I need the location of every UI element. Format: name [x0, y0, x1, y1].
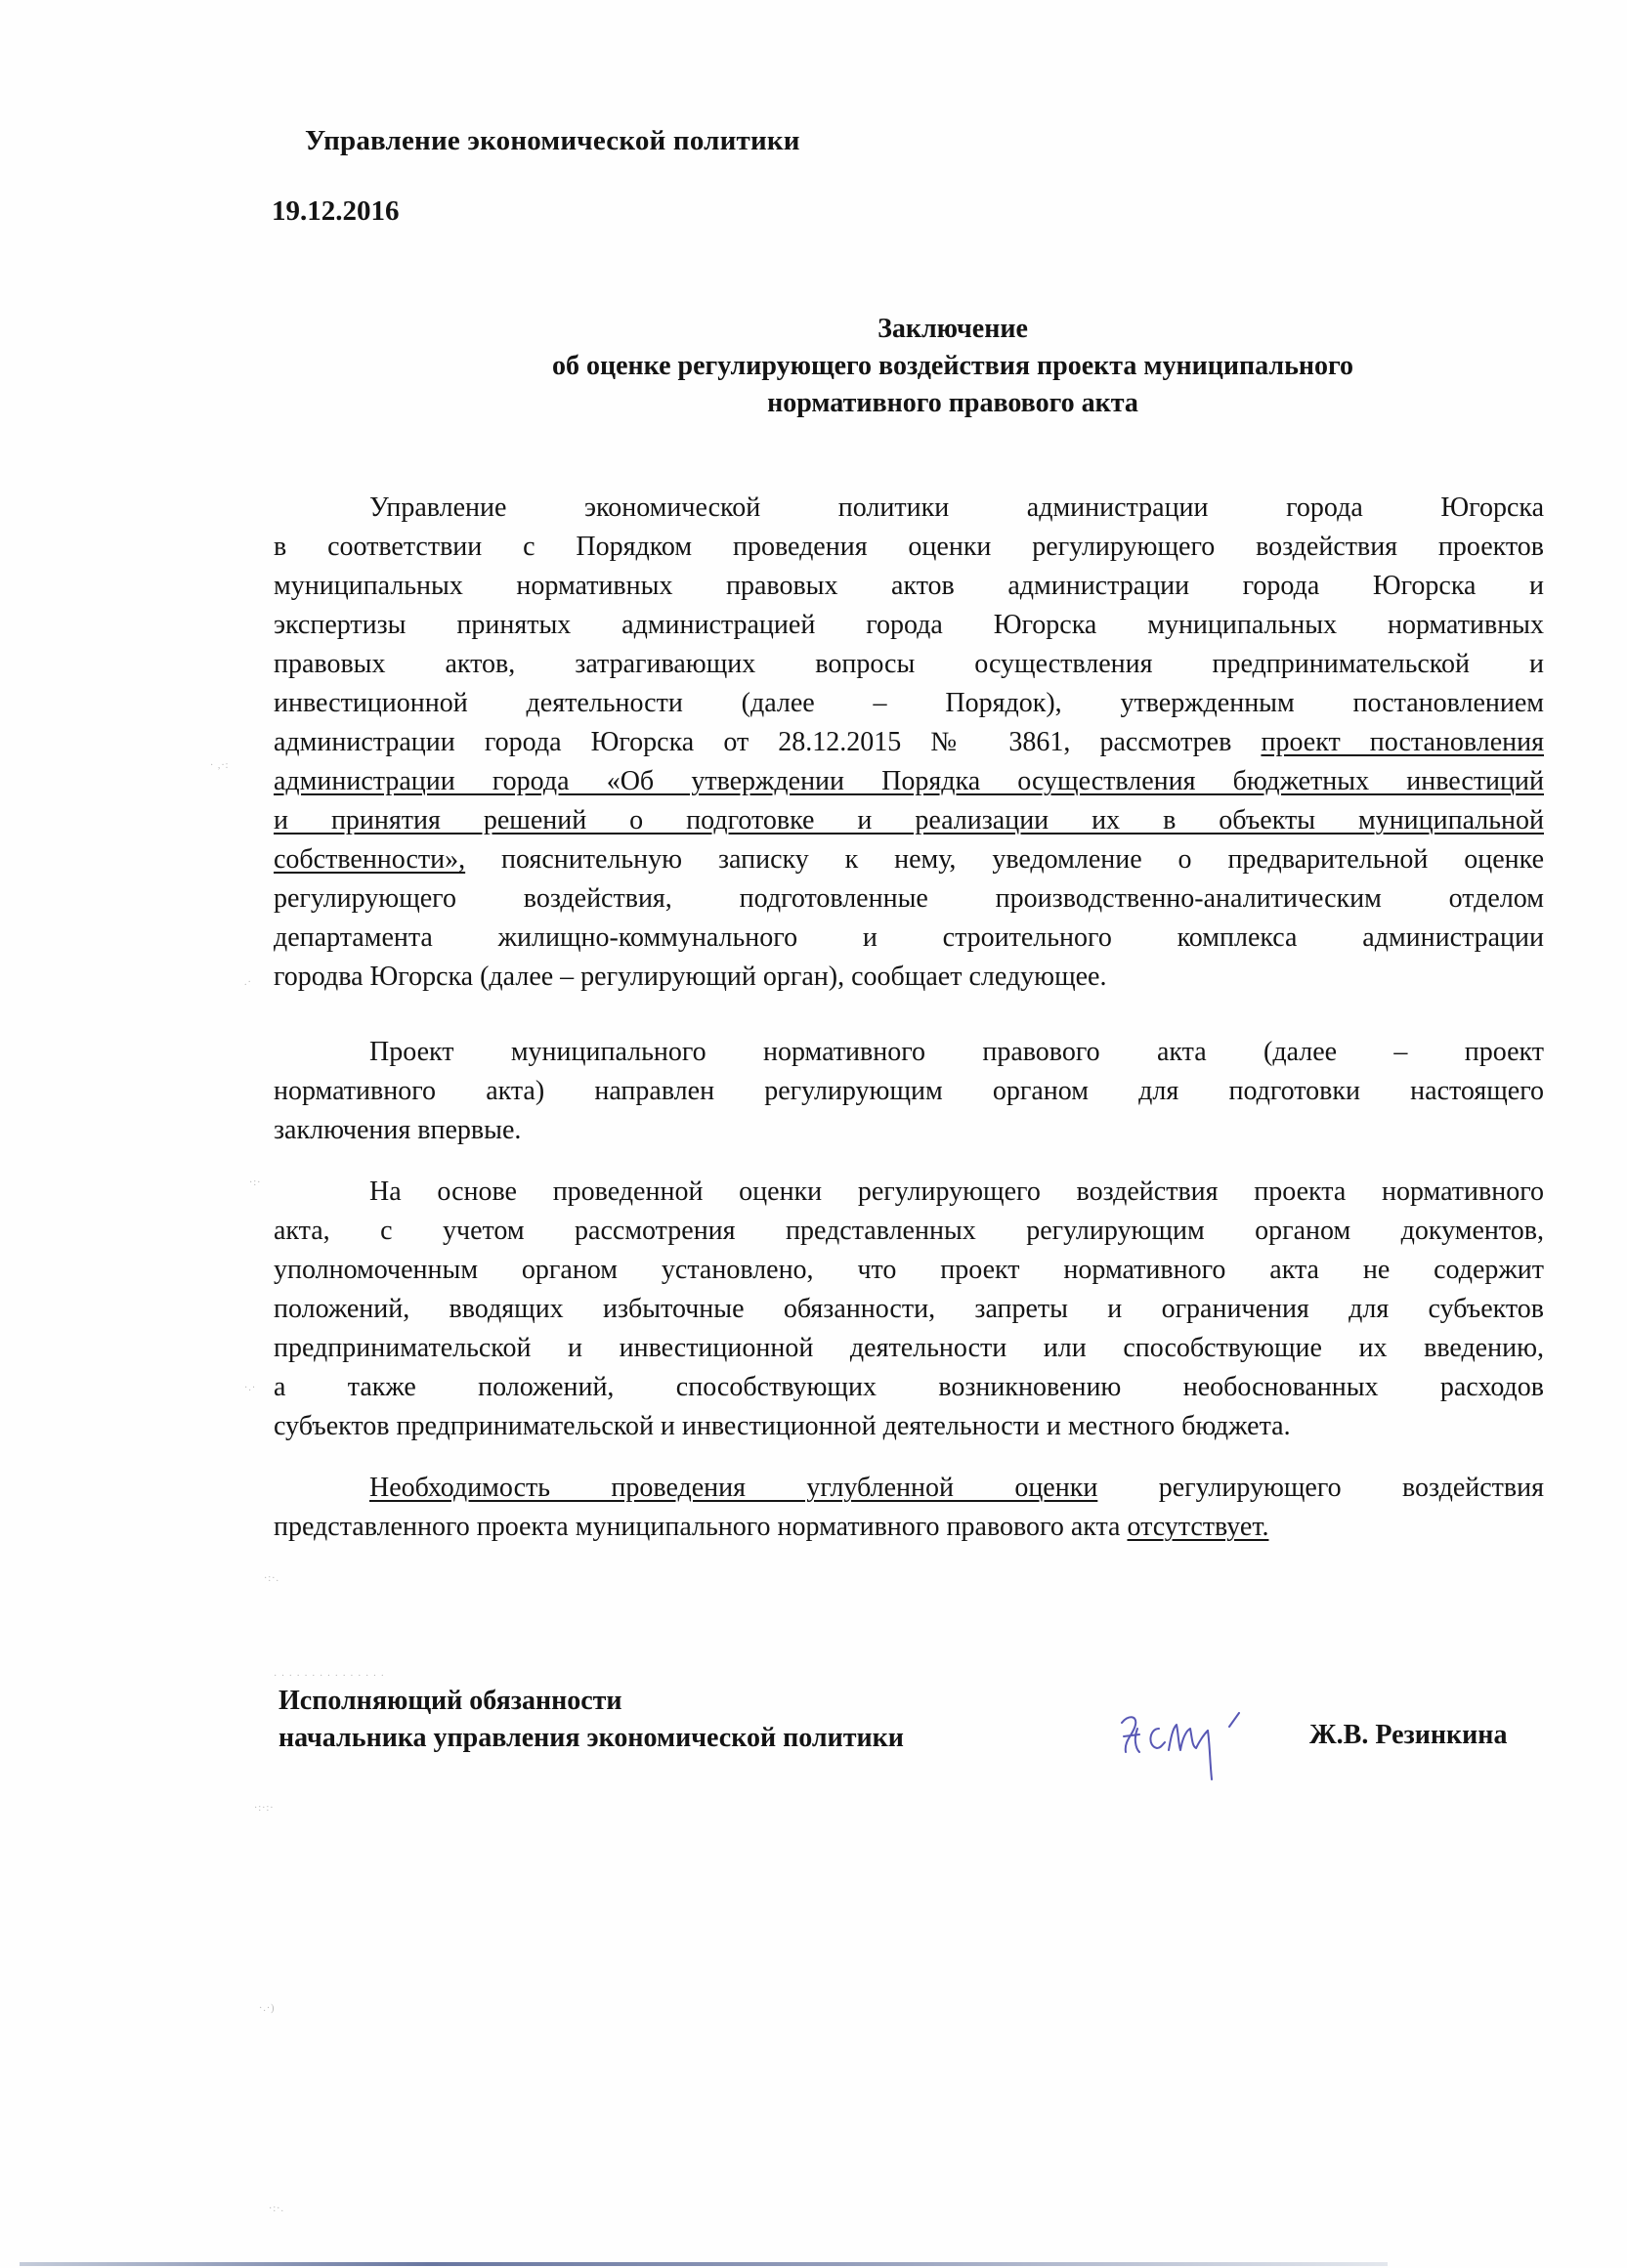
- document-title: Заключение об оценке регулирующего возде…: [469, 311, 1436, 422]
- underlined-project-reference-end: собственности»,: [274, 844, 465, 875]
- scan-artifact: ·:·: [249, 1177, 261, 1188]
- scan-edge-line: [20, 2262, 1388, 2266]
- text-line: положений, вводящих избыточные обязаннос…: [274, 1290, 1544, 1329]
- underlined-project-reference: проект постановления: [1261, 727, 1544, 757]
- underlined-text-line: и принятия решений о подготовке и реализ…: [274, 801, 1544, 840]
- text-line: городва Югорска (далее – регулирующий ор…: [274, 958, 1544, 997]
- text-line: представленного проекта муниципального н…: [274, 1508, 1544, 1547]
- text-segment: пояснительную записку к нему, уведомлени…: [501, 844, 1544, 875]
- text-line: заключения впервые.: [274, 1111, 1544, 1150]
- position-line-2: начальника управления экономической поли…: [278, 1720, 904, 1757]
- text-line: акта, с учетом рассмотрения представленн…: [274, 1212, 1544, 1251]
- text-segment: администрации города Югорска от 28.12.20…: [274, 727, 1231, 757]
- title-line-3: нормативного правового акта: [469, 385, 1436, 422]
- text-line: Необходимость проведения углубленной оце…: [274, 1469, 1544, 1508]
- text-line: Проект муниципального нормативного право…: [274, 1033, 1544, 1072]
- text-line: предпринимательской и инвестиционной дея…: [274, 1329, 1544, 1368]
- underlined-necessity-phrase: Необходимость проведения углубленной оце…: [369, 1473, 1097, 1503]
- text-line: экспертизы принятых администрацией город…: [274, 606, 1544, 645]
- text-line: уполномоченным органом установлено, что …: [274, 1251, 1544, 1290]
- paragraph-2: Проект муниципального нормативного право…: [274, 1033, 1544, 1150]
- signatory-position: Исполняющий обязанности начальника управ…: [278, 1683, 904, 1757]
- title-line-2: об оценке регулирующего воздействия прое…: [469, 348, 1436, 385]
- paragraph-1: Управление экономической политики админи…: [274, 489, 1544, 997]
- handwritten-signature-icon: [1114, 1695, 1290, 1783]
- position-line-1: Исполняющий обязанности: [278, 1683, 904, 1720]
- text-line: правовых актов, затрагивающих вопросы ос…: [274, 645, 1544, 684]
- underlined-text-line: администрации города «Об утверждении Пор…: [274, 762, 1544, 801]
- scan-artifact: · ,·:: [210, 760, 229, 771]
- text-segment: представленного проекта муниципального н…: [274, 1512, 1120, 1542]
- paragraph-3: На основе проведенной оценки регулирующе…: [274, 1173, 1544, 1446]
- text-segment: регулирующего воздействия: [1159, 1473, 1544, 1503]
- text-line: регулирующего воздействия, подготовленны…: [274, 879, 1544, 919]
- scanned-document-page: Управление экономической политики 19.12.…: [0, 0, 1627, 2268]
- text-line: в соответствии с Порядком проведения оце…: [274, 528, 1544, 567]
- text-line: администрации города Югорска от 28.12.20…: [274, 723, 1544, 762]
- text-line: Управление экономической политики админи…: [274, 489, 1544, 528]
- scan-artifact: .·: [244, 977, 252, 988]
- text-line: субъектов предпринимательской и инвестиц…: [274, 1407, 1544, 1446]
- text-line: а также положений, способствующих возник…: [274, 1368, 1544, 1407]
- title-line-1: Заключение: [469, 311, 1436, 348]
- text-line: департамента жилищно-коммунального и стр…: [274, 919, 1544, 958]
- document-date: 19.12.2016: [272, 195, 400, 228]
- text-line: инвестиционной деятельности (далее – Пор…: [274, 684, 1544, 723]
- text-line: муниципальных нормативных правовых актов…: [274, 567, 1544, 606]
- scan-artifact: ·:·.: [269, 2204, 284, 2214]
- text-line: На основе проведенной оценки регулирующе…: [274, 1173, 1544, 1212]
- scan-artifact: ·:·.: [264, 1573, 279, 1584]
- scan-artifact: · · · · · · · · · · · · · · ·: [274, 1671, 385, 1682]
- text-line: собственности», пояснительную записку к …: [274, 840, 1544, 879]
- signer-name: Ж.В. Резинкина: [1309, 1720, 1507, 1751]
- scan-artifact: ·.·: [244, 1383, 256, 1393]
- scan-artifact: ·:·:·: [254, 1803, 275, 1814]
- text-line: нормативного акта) направлен регулирующи…: [274, 1072, 1544, 1111]
- underlined-absent-word: отсутствует.: [1127, 1512, 1268, 1542]
- scan-artifact: ·.·): [259, 2003, 276, 2014]
- paragraph-4: Необходимость проведения углубленной оце…: [274, 1469, 1544, 1547]
- organization-header: Управление экономической политики: [305, 125, 800, 157]
